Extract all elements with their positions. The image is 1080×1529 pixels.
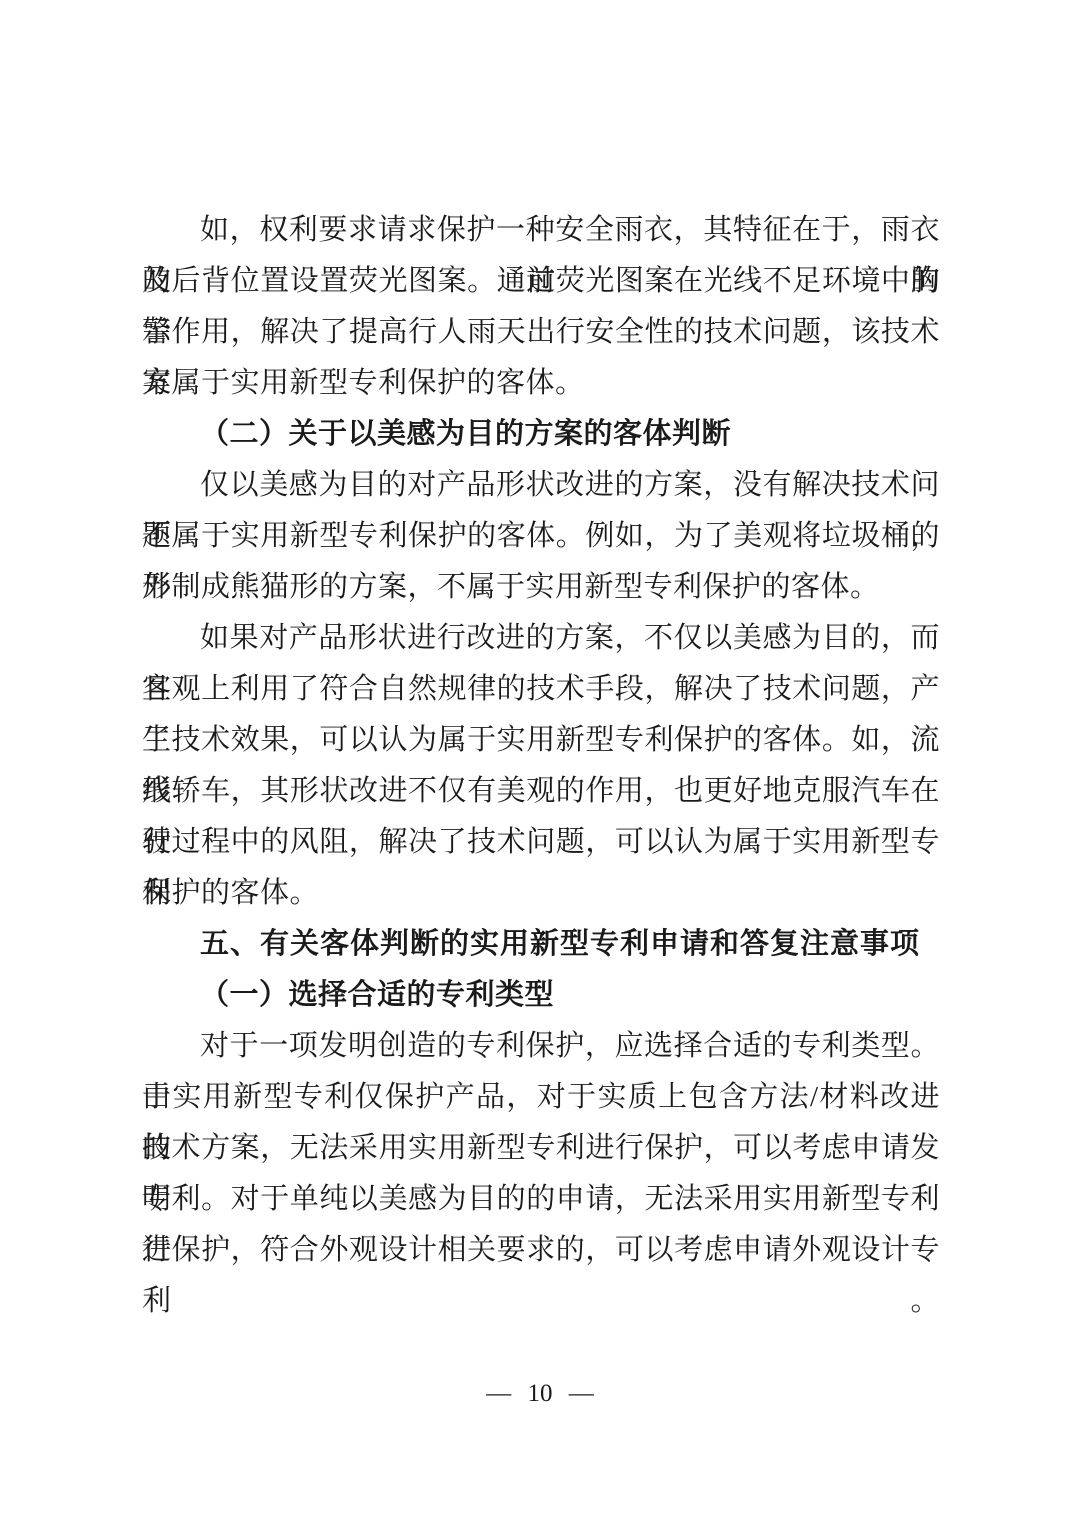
paragraph-line: 仅以美感为目的对产品形状改进的方案，没有解决技术问题， [142, 460, 940, 511]
sub-heading: （一）选择合适的专利类型 [142, 970, 940, 1021]
paragraph-line: 于实用新型专利仅保护产品，对于实质上包含方法/材料改进的 [142, 1072, 940, 1123]
page-number: — 10 — [486, 1380, 594, 1407]
section-heading: 五、有关客体判断的实用新型专利申请和答复注意事项 [142, 919, 940, 970]
paragraph-line: 行保护，符合外观设计相关要求的，可以考虑申请外观设计专利。 [142, 1225, 940, 1276]
paragraph-line: 形制成熊猫形的方案，不属于实用新型专利保护的客体。 [142, 562, 940, 613]
paragraph-line: 专利。对于单纯以美感为目的的申请，无法采用实用新型专利进 [142, 1174, 940, 1225]
paragraph-line: 不属于实用新型专利保护的客体。例如，为了美观将垃圾桶的外 [142, 511, 940, 562]
page-footer: — 10 — [0, 1378, 1080, 1410]
paragraph-line: 如果对产品形状进行改进的方案，不仅以美感为目的，而且 [142, 613, 940, 664]
document-text-block: 如，权利要求请求保护一种安全雨衣，其特征在于，雨衣的前胸及后背位置设置荧光图案。… [142, 205, 940, 1276]
paragraph-line: 及后背位置设置荧光图案。通过荧光图案在光线不足环境中的警 [142, 256, 940, 307]
sub-heading: （二）关于以美感为目的方案的客体判断 [142, 409, 940, 460]
paragraph-line: 对于一项发明创造的专利保护，应选择合适的专利类型。由 [142, 1021, 940, 1072]
paragraph-line: 如，权利要求请求保护一种安全雨衣，其特征在于，雨衣的前胸 [142, 205, 940, 256]
paragraph-line: 技术方案，无法采用实用新型专利进行保护，可以考虑申请发明 [142, 1123, 940, 1174]
paragraph-line: 了技术效果，可以认为属于实用新型专利保护的客体。如，流线 [142, 715, 940, 766]
paragraph-line: 保护的客体。 [142, 868, 940, 919]
document-page: 如，权利要求请求保护一种安全雨衣，其特征在于，雨衣的前胸及后背位置设置荧光图案。… [0, 0, 1080, 1529]
paragraph-line: 客观上利用了符合自然规律的技术手段，解决了技术问题，产生 [142, 664, 940, 715]
paragraph-line: 驶过程中的风阻，解决了技术问题，可以认为属于实用新型专利 [142, 817, 940, 868]
paragraph-line: 形轿车，其形状改进不仅有美观的作用，也更好地克服汽车在行 [142, 766, 940, 817]
paragraph-line: 案属于实用新型专利保护的客体。 [142, 358, 940, 409]
paragraph-line: 示作用，解决了提高行人雨天出行安全性的技术问题，该技术方 [142, 307, 940, 358]
